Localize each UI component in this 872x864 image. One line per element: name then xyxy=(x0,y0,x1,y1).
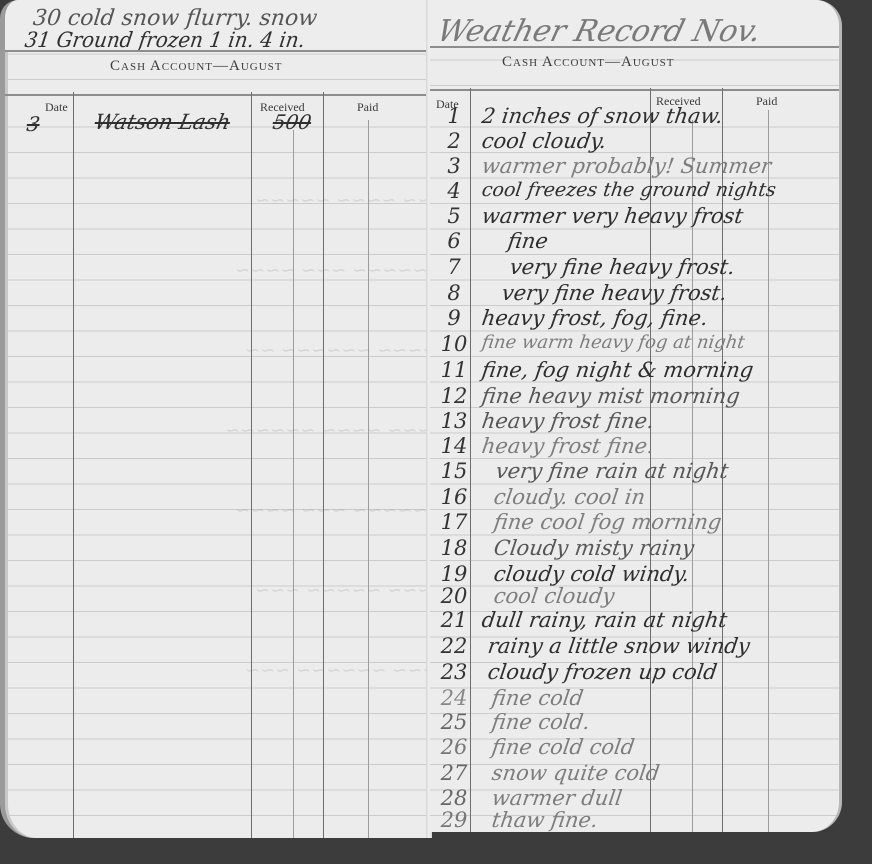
right-printed-title: Cash Account—August xyxy=(502,54,675,71)
bleed-through-decoration: ~~~~~ ~~~ ~~~~ xyxy=(233,260,429,281)
entry-date: 24 xyxy=(436,686,472,710)
entry-date: 15 xyxy=(436,459,472,483)
bleed-through-decoration: ~~~ ~~~~ ~~~~~~ xyxy=(223,420,430,441)
bleed-through-decoration: ~~~ ~~~~ ~~~~~ xyxy=(253,190,430,211)
entry-text: fine heavy mist morning xyxy=(480,384,741,408)
left-printed-title: Cash Account—August xyxy=(110,58,283,75)
entry-date: 11 xyxy=(436,358,472,382)
entry-date: 13 xyxy=(436,409,472,433)
entry-date: 5 xyxy=(436,204,472,228)
entry-text: heavy frost fine. xyxy=(480,409,655,433)
left-page: 30 cold snow flurry. snow 31 Ground froz… xyxy=(0,0,430,838)
left-divider-date xyxy=(73,92,74,838)
notebook-scan: 30 cold snow flurry. snow 31 Ground froz… xyxy=(0,0,872,864)
entry-text: snow quite cold xyxy=(490,761,661,785)
entry-text: cool cloudy xyxy=(492,584,616,608)
right-title-rule xyxy=(430,46,839,48)
entry-text: fine warm heavy fog at night xyxy=(481,332,747,353)
entry-date: 10 xyxy=(436,332,472,356)
right-page: Weather Record Nov. Cash Account—August … xyxy=(430,0,842,832)
entry-text: fine, fog night & morning xyxy=(480,358,755,382)
entry-text: warmer very heavy frost xyxy=(480,204,744,228)
entry-date: 19 xyxy=(436,562,472,586)
entry-date: 23 xyxy=(436,660,472,684)
entry-text: Cloudy misty rainy xyxy=(492,536,695,560)
entry-text: 2 inches of snow thaw. xyxy=(480,104,724,128)
entry-date: 6 xyxy=(436,229,472,253)
entry-text: cool cloudy. xyxy=(480,129,608,153)
entry-date: 25 xyxy=(436,710,472,734)
entry-date: 3 xyxy=(436,154,472,178)
left-entry-text: Watson Lash xyxy=(92,110,232,134)
entry-text: cloudy. cool in xyxy=(492,485,647,509)
entry-text: cloudy frozen up cold xyxy=(486,660,718,684)
entry-text: rainy a little snow windy xyxy=(486,634,751,658)
entry-text: heavy frost, fog, fine. xyxy=(480,306,709,330)
entry-text: fine cold cold xyxy=(490,735,636,759)
entry-date: 18 xyxy=(436,536,472,560)
right-top-note: Weather Record Nov. xyxy=(434,14,765,49)
bleed-through-decoration: ~~~~~ ~~~ ~~~~ xyxy=(233,500,429,521)
entry-date: 17 xyxy=(436,510,472,534)
entry-date: 22 xyxy=(436,634,472,658)
entry-text: very fine heavy frost. xyxy=(508,255,736,279)
entry-date: 12 xyxy=(436,384,472,408)
entry-text: fine cool fog morning xyxy=(492,510,723,534)
right-column-rule xyxy=(430,89,839,91)
entry-text: cool freezes the ground nights xyxy=(480,179,777,201)
bleed-through-decoration: ~~~ ~~~~~~ ~~~ xyxy=(243,660,430,681)
entry-text: cloudy cold windy. xyxy=(492,562,691,586)
entry-date: 4 xyxy=(436,179,472,203)
right-divider-paid-cents xyxy=(768,110,769,832)
left-entry-date: 3 xyxy=(25,112,42,136)
entry-text: heavy frost fine. xyxy=(480,434,655,458)
entry-date: 1 xyxy=(436,104,472,128)
entry-date: 9 xyxy=(436,306,472,330)
entry-text: very fine rain at night xyxy=(494,459,730,483)
left-col-date: Date xyxy=(45,100,68,115)
entry-text: fine cold. xyxy=(490,710,591,734)
left-divider-received-cents xyxy=(293,130,294,838)
entry-date: 14 xyxy=(436,434,472,458)
entry-date: 7 xyxy=(436,255,472,279)
left-column-rule xyxy=(5,94,430,96)
entry-date: 21 xyxy=(436,608,472,632)
entry-text: warmer probably! Summer xyxy=(480,154,772,178)
entry-date: 16 xyxy=(436,485,472,509)
entry-date: 8 xyxy=(436,281,472,305)
bleed-through-decoration: ~~~~ ~~~~~ ~~~ xyxy=(253,580,430,601)
entry-text: fine xyxy=(506,229,549,253)
entry-date: 2 xyxy=(436,129,472,153)
entry-date: 28 xyxy=(436,786,472,810)
entry-text: dull rainy, rain at night xyxy=(480,608,728,632)
entry-text: thaw fine. xyxy=(490,808,599,832)
entry-text: very fine heavy frost. xyxy=(500,281,728,305)
left-col-paid: Paid xyxy=(357,100,378,115)
bleed-through-decoration: ~~~~ ~~~~~~ ~~ xyxy=(243,340,430,361)
right-col-paid: Paid xyxy=(756,94,777,109)
left-divider-received xyxy=(251,92,252,838)
left-title-rule xyxy=(5,50,430,52)
entry-text: warmer dull xyxy=(490,786,623,810)
left-top-note-2: 31 Ground frozen 1 in. 4 in. xyxy=(23,28,306,52)
entry-date: 29 xyxy=(436,808,472,832)
entry-date: 27 xyxy=(436,761,472,785)
entry-date: 20 xyxy=(436,584,472,608)
left-entry-received: 500 xyxy=(271,110,313,134)
entry-date: 26 xyxy=(436,735,472,759)
entry-text: fine cold xyxy=(490,686,585,710)
left-divider-paid-cents xyxy=(368,120,369,838)
